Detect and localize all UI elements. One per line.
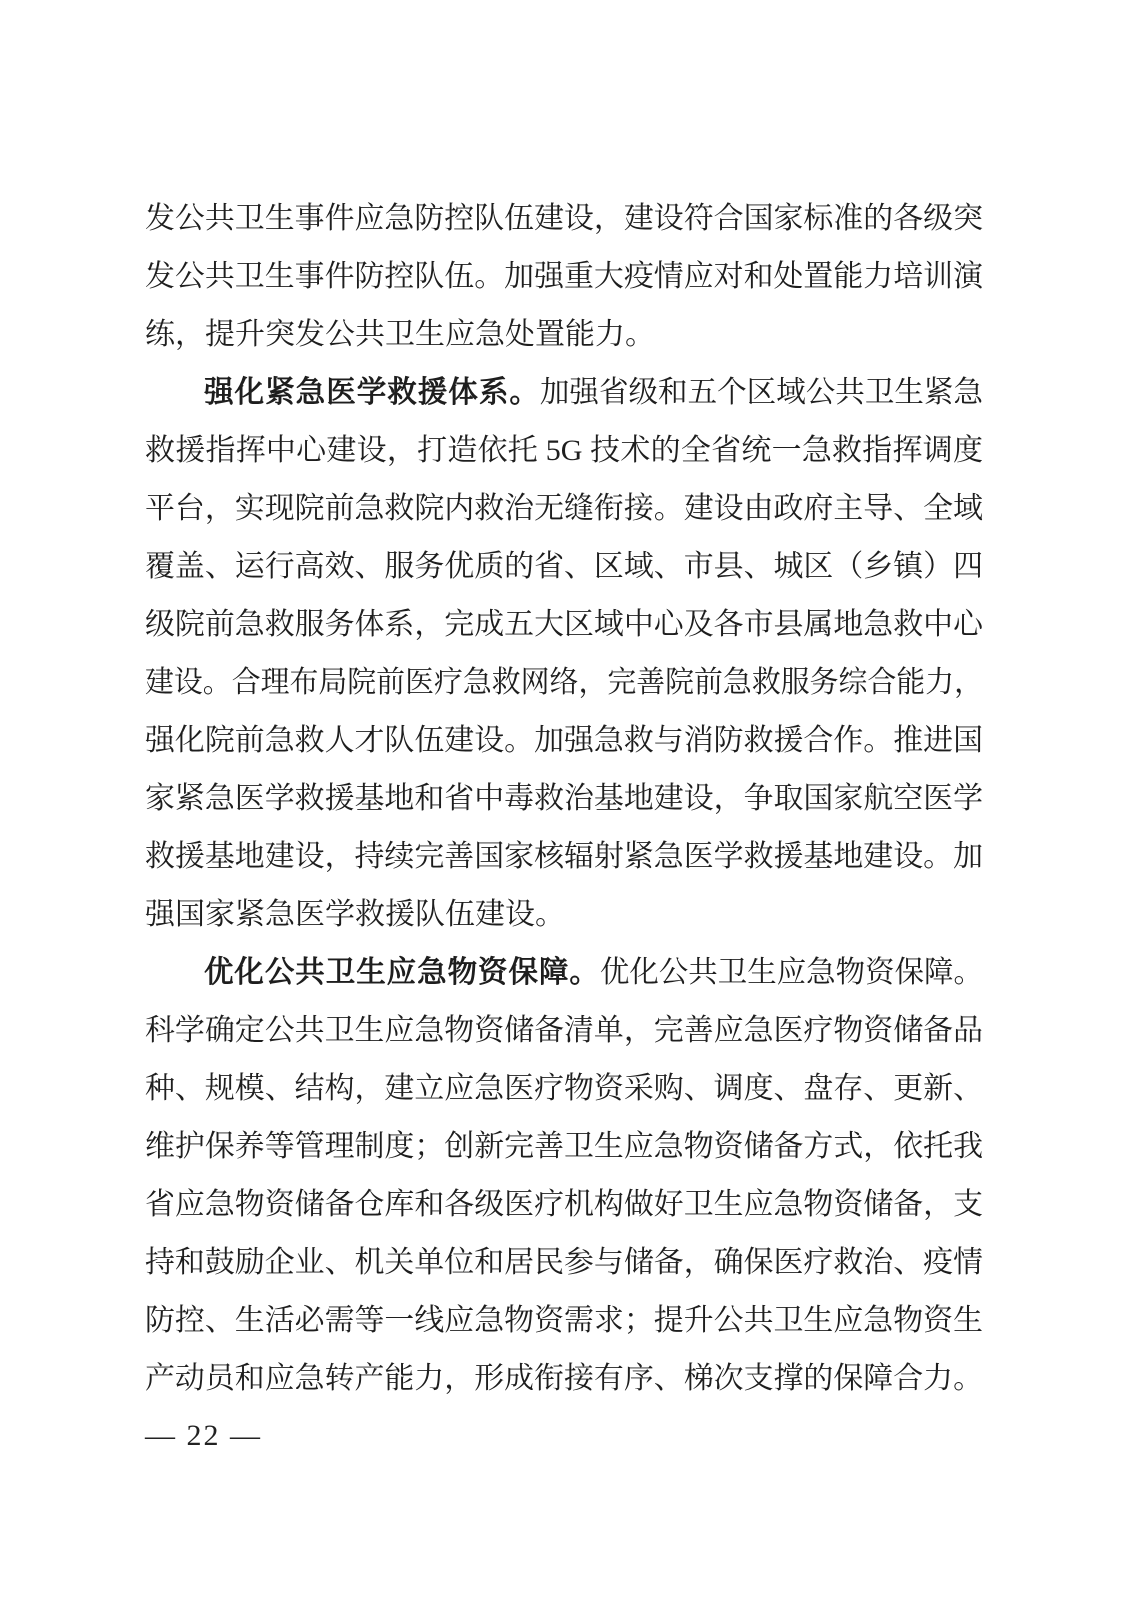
text-line: 救援基地建设，持续完善国家核辐射紧急医学救援基地建设。加 — [145, 828, 983, 886]
paragraph-lead-bold: 强化紧急医学救援体系。 — [204, 376, 540, 409]
page-footer: — 22 — — [145, 1416, 262, 1456]
body-text: 覆盖、运行高效、服务优质的省、区域、市县、城区（乡镇）四 — [145, 550, 983, 583]
text-line: 科学确定公共卫生应急物资储备清单，完善应急医疗物资储备品 — [145, 1002, 983, 1060]
text-line: 练，提升突发公共卫生应急处置能力。 — [145, 306, 983, 364]
text-line: 持和鼓励企业、机关单位和居民参与储备，确保医疗救治、疫情 — [145, 1234, 983, 1292]
document-page: 发公共卫生事件应急防控队伍建设，建设符合国家标准的各级突发公共卫生事件防控队伍。… — [0, 0, 1131, 1600]
body-text: 级院前急救服务体系，完成五大区域中心及各市县属地急救中心 — [145, 608, 983, 641]
document-body: 发公共卫生事件应急防控队伍建设，建设符合国家标准的各级突发公共卫生事件防控队伍。… — [145, 190, 983, 1408]
body-text: 强化院前急救人才队伍建设。加强急救与消防救援合作。推进国 — [145, 724, 983, 757]
body-text: 优化公共卫生应急物资保障。 — [600, 956, 983, 989]
body-text: 持和鼓励企业、机关单位和居民参与储备，确保医疗救治、疫情 — [145, 1246, 983, 1279]
body-text: 建设。合理布局院前医疗急救网络，完善院前急救服务综合能力， — [145, 666, 983, 699]
body-text: 救援基地建设，持续完善国家核辐射紧急医学救援基地建设。加 — [145, 840, 983, 873]
body-text: 平台，实现院前急救院内救治无缝衔接。建设由政府主导、全域 — [145, 492, 983, 525]
text-line: 强化院前急救人才队伍建设。加强急救与消防救援合作。推进国 — [145, 712, 983, 770]
body-text: 强国家紧急医学救援队伍建设。 — [145, 898, 565, 931]
text-line: 发公共卫生事件应急防控队伍建设，建设符合国家标准的各级突 — [145, 190, 983, 248]
paragraph-lead-bold: 优化公共卫生应急物资保障。 — [204, 956, 600, 989]
text-line: 建设。合理布局院前医疗急救网络，完善院前急救服务综合能力， — [145, 654, 983, 712]
body-text: 救援指挥中心建设，打造依托 5G 技术的全省统一急救指挥调度 — [145, 434, 983, 467]
body-text: 科学确定公共卫生应急物资储备清单，完善应急医疗物资储备品 — [145, 1014, 983, 1047]
text-line: 省应急物资储备仓库和各级医疗机构做好卫生应急物资储备，支 — [145, 1176, 983, 1234]
text-line: 平台，实现院前急救院内救治无缝衔接。建设由政府主导、全域 — [145, 480, 983, 538]
text-line: 维护保养等管理制度；创新完善卫生应急物资储备方式，依托我 — [145, 1118, 983, 1176]
text-line: 防控、生活必需等一线应急物资需求；提升公共卫生应急物资生 — [145, 1292, 983, 1350]
text-line: 强化紧急医学救援体系。加强省级和五个区域公共卫生紧急 — [145, 364, 983, 422]
text-line: 产动员和应急转产能力，形成衔接有序、梯次支撑的保障合力。 — [145, 1350, 983, 1408]
body-text: 省应急物资储备仓库和各级医疗机构做好卫生应急物资储备，支 — [145, 1188, 983, 1221]
body-text: 种、规模、结构，建立应急医疗物资采购、调度、盘存、更新、 — [145, 1072, 983, 1105]
body-text: 家紧急医学救援基地和省中毒救治基地建设，争取国家航空医学 — [145, 782, 983, 815]
body-text: 发公共卫生事件应急防控队伍建设，建设符合国家标准的各级突 — [145, 202, 983, 235]
body-text: 产动员和应急转产能力，形成衔接有序、梯次支撑的保障合力。 — [145, 1362, 983, 1395]
body-text: 维护保养等管理制度；创新完善卫生应急物资储备方式，依托我 — [145, 1130, 983, 1163]
page-number: — 22 — — [145, 1419, 262, 1452]
body-text: 发公共卫生事件防控队伍。加强重大疫情应对和处置能力培训演 — [145, 260, 983, 293]
body-text: 练，提升突发公共卫生应急处置能力。 — [145, 318, 655, 351]
text-line: 种、规模、结构，建立应急医疗物资采购、调度、盘存、更新、 — [145, 1060, 983, 1118]
text-line: 发公共卫生事件防控队伍。加强重大疫情应对和处置能力培训演 — [145, 248, 983, 306]
text-line: 救援指挥中心建设，打造依托 5G 技术的全省统一急救指挥调度 — [145, 422, 983, 480]
text-line: 优化公共卫生应急物资保障。优化公共卫生应急物资保障。 — [145, 944, 983, 1002]
body-text: 加强省级和五个区域公共卫生紧急 — [540, 376, 983, 409]
text-line: 覆盖、运行高效、服务优质的省、区域、市县、城区（乡镇）四 — [145, 538, 983, 596]
text-line: 级院前急救服务体系，完成五大区域中心及各市县属地急救中心 — [145, 596, 983, 654]
body-text: 防控、生活必需等一线应急物资需求；提升公共卫生应急物资生 — [145, 1304, 983, 1337]
text-line: 强国家紧急医学救援队伍建设。 — [145, 886, 983, 944]
text-line: 家紧急医学救援基地和省中毒救治基地建设，争取国家航空医学 — [145, 770, 983, 828]
